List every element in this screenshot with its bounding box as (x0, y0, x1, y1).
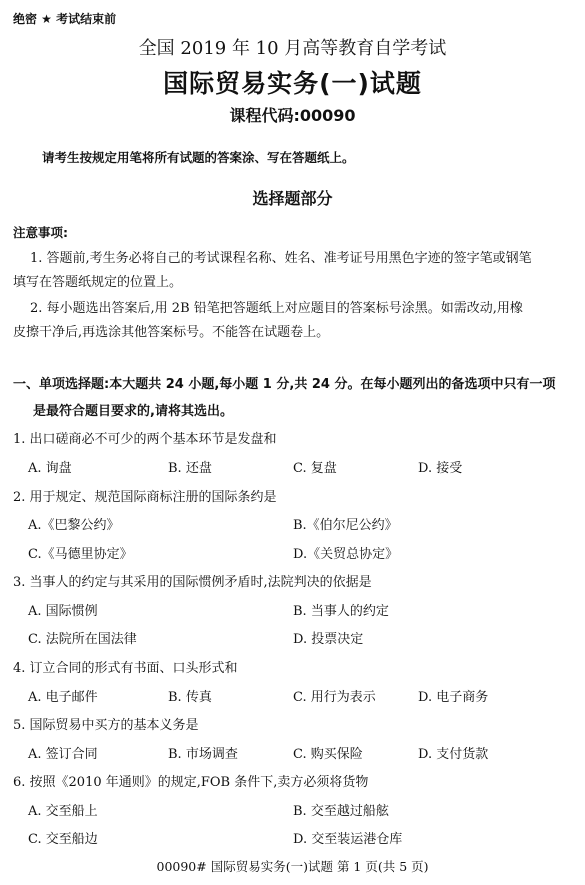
question-6-option-d: D. 交至装运港仓库 (293, 828, 402, 847)
confidential-label: 绝密 ★ 考试结束前 (13, 10, 116, 27)
question-1-stem: 1. 出口磋商必不可少的两个基本环节是发盘和 (13, 428, 277, 447)
question-3-stem: 3. 当事人的约定与其采用的国际惯例矛盾时,法院判决的依据是 (13, 571, 372, 590)
question-4-option-b: B. 传真 (168, 686, 212, 705)
question-3-option-c: C. 法院所在国法律 (28, 628, 137, 647)
section-title: 选择题部分 (0, 186, 585, 209)
question-4-stem: 4. 订立合同的形式有书面、口头形式和 (13, 657, 238, 676)
question-4-option-d: D. 电子商务 (418, 686, 488, 705)
part-one-heading-line1: 一、单项选择题:本大题共 24 小题,每小题 1 分,共 24 分。在每小题列出… (13, 373, 555, 392)
paper-title: 国际贸易实务(一)试题 (0, 64, 585, 100)
notice-item-1-line2: 填写在答题纸规定的位置上。 (13, 271, 573, 290)
question-6-stem: 6. 按照《2010 年通则》的规定,FOB 条件下,卖方必须将货物 (13, 771, 368, 790)
exam-session-line: 全国 2019 年 10 月高等教育自学考试 (0, 34, 585, 60)
question-6-option-b: B. 交至越过船舷 (293, 800, 389, 819)
answer-instruction: 请考生按规定用笔将所有试题的答案涂、写在答题纸上。 (42, 148, 355, 166)
notice-item-1-line1: 1. 答题前,考生务必将自己的考试课程名称、姓名、准考证号用黑色字迹的签字笔或钢… (30, 247, 585, 266)
question-5-option-a: A. 签订合同 (28, 743, 98, 762)
question-1-option-c: C. 复盘 (293, 457, 337, 476)
question-2-option-d: D.《关贸总协定》 (293, 543, 398, 562)
question-2-stem: 2. 用于规定、规范国际商标注册的国际条约是 (13, 486, 277, 505)
question-4-option-a: A. 电子邮件 (28, 686, 98, 705)
question-5-option-b: B. 市场调查 (168, 743, 238, 762)
question-3-option-b: B. 当事人的约定 (293, 600, 389, 619)
notice-heading: 注意事项: (13, 223, 68, 241)
question-6-option-c: C. 交至船边 (28, 828, 98, 847)
question-2-option-c: C.《马德里协定》 (28, 543, 133, 562)
question-5-stem: 5. 国际贸易中买方的基本义务是 (13, 714, 199, 733)
question-1-option-a: A. 询盘 (28, 457, 72, 476)
part-one-heading-line2: 是最符合题目要求的,请将其选出。 (33, 400, 233, 419)
course-code: 课程代码:00090 (0, 103, 585, 126)
notice-item-2-line2: 皮擦干净后,再选涂其他答案标号。不能答在试题卷上。 (13, 321, 573, 340)
question-2-option-a: A.《巴黎公约》 (28, 514, 120, 533)
question-6-option-a: A. 交至船上 (28, 800, 98, 819)
question-5-option-d: D. 支付货款 (418, 743, 488, 762)
question-2-option-b: B.《伯尔尼公约》 (293, 514, 398, 533)
question-5-option-c: C. 购买保险 (293, 743, 363, 762)
question-1-option-d: D. 接受 (418, 457, 462, 476)
question-3-option-d: D. 投票决定 (293, 628, 363, 647)
question-3-option-a: A. 国际惯例 (28, 600, 98, 619)
question-1-option-b: B. 还盘 (168, 457, 212, 476)
page-footer: 00090# 国际贸易实务(一)试题 第 1 页(共 5 页) (0, 857, 585, 875)
notice-item-2-line1: 2. 每小题选出答案后,用 2B 铅笔把答题纸上对应题目的答案标号涂黑。如需改动… (30, 297, 585, 316)
question-4-option-c: C. 用行为表示 (293, 686, 376, 705)
